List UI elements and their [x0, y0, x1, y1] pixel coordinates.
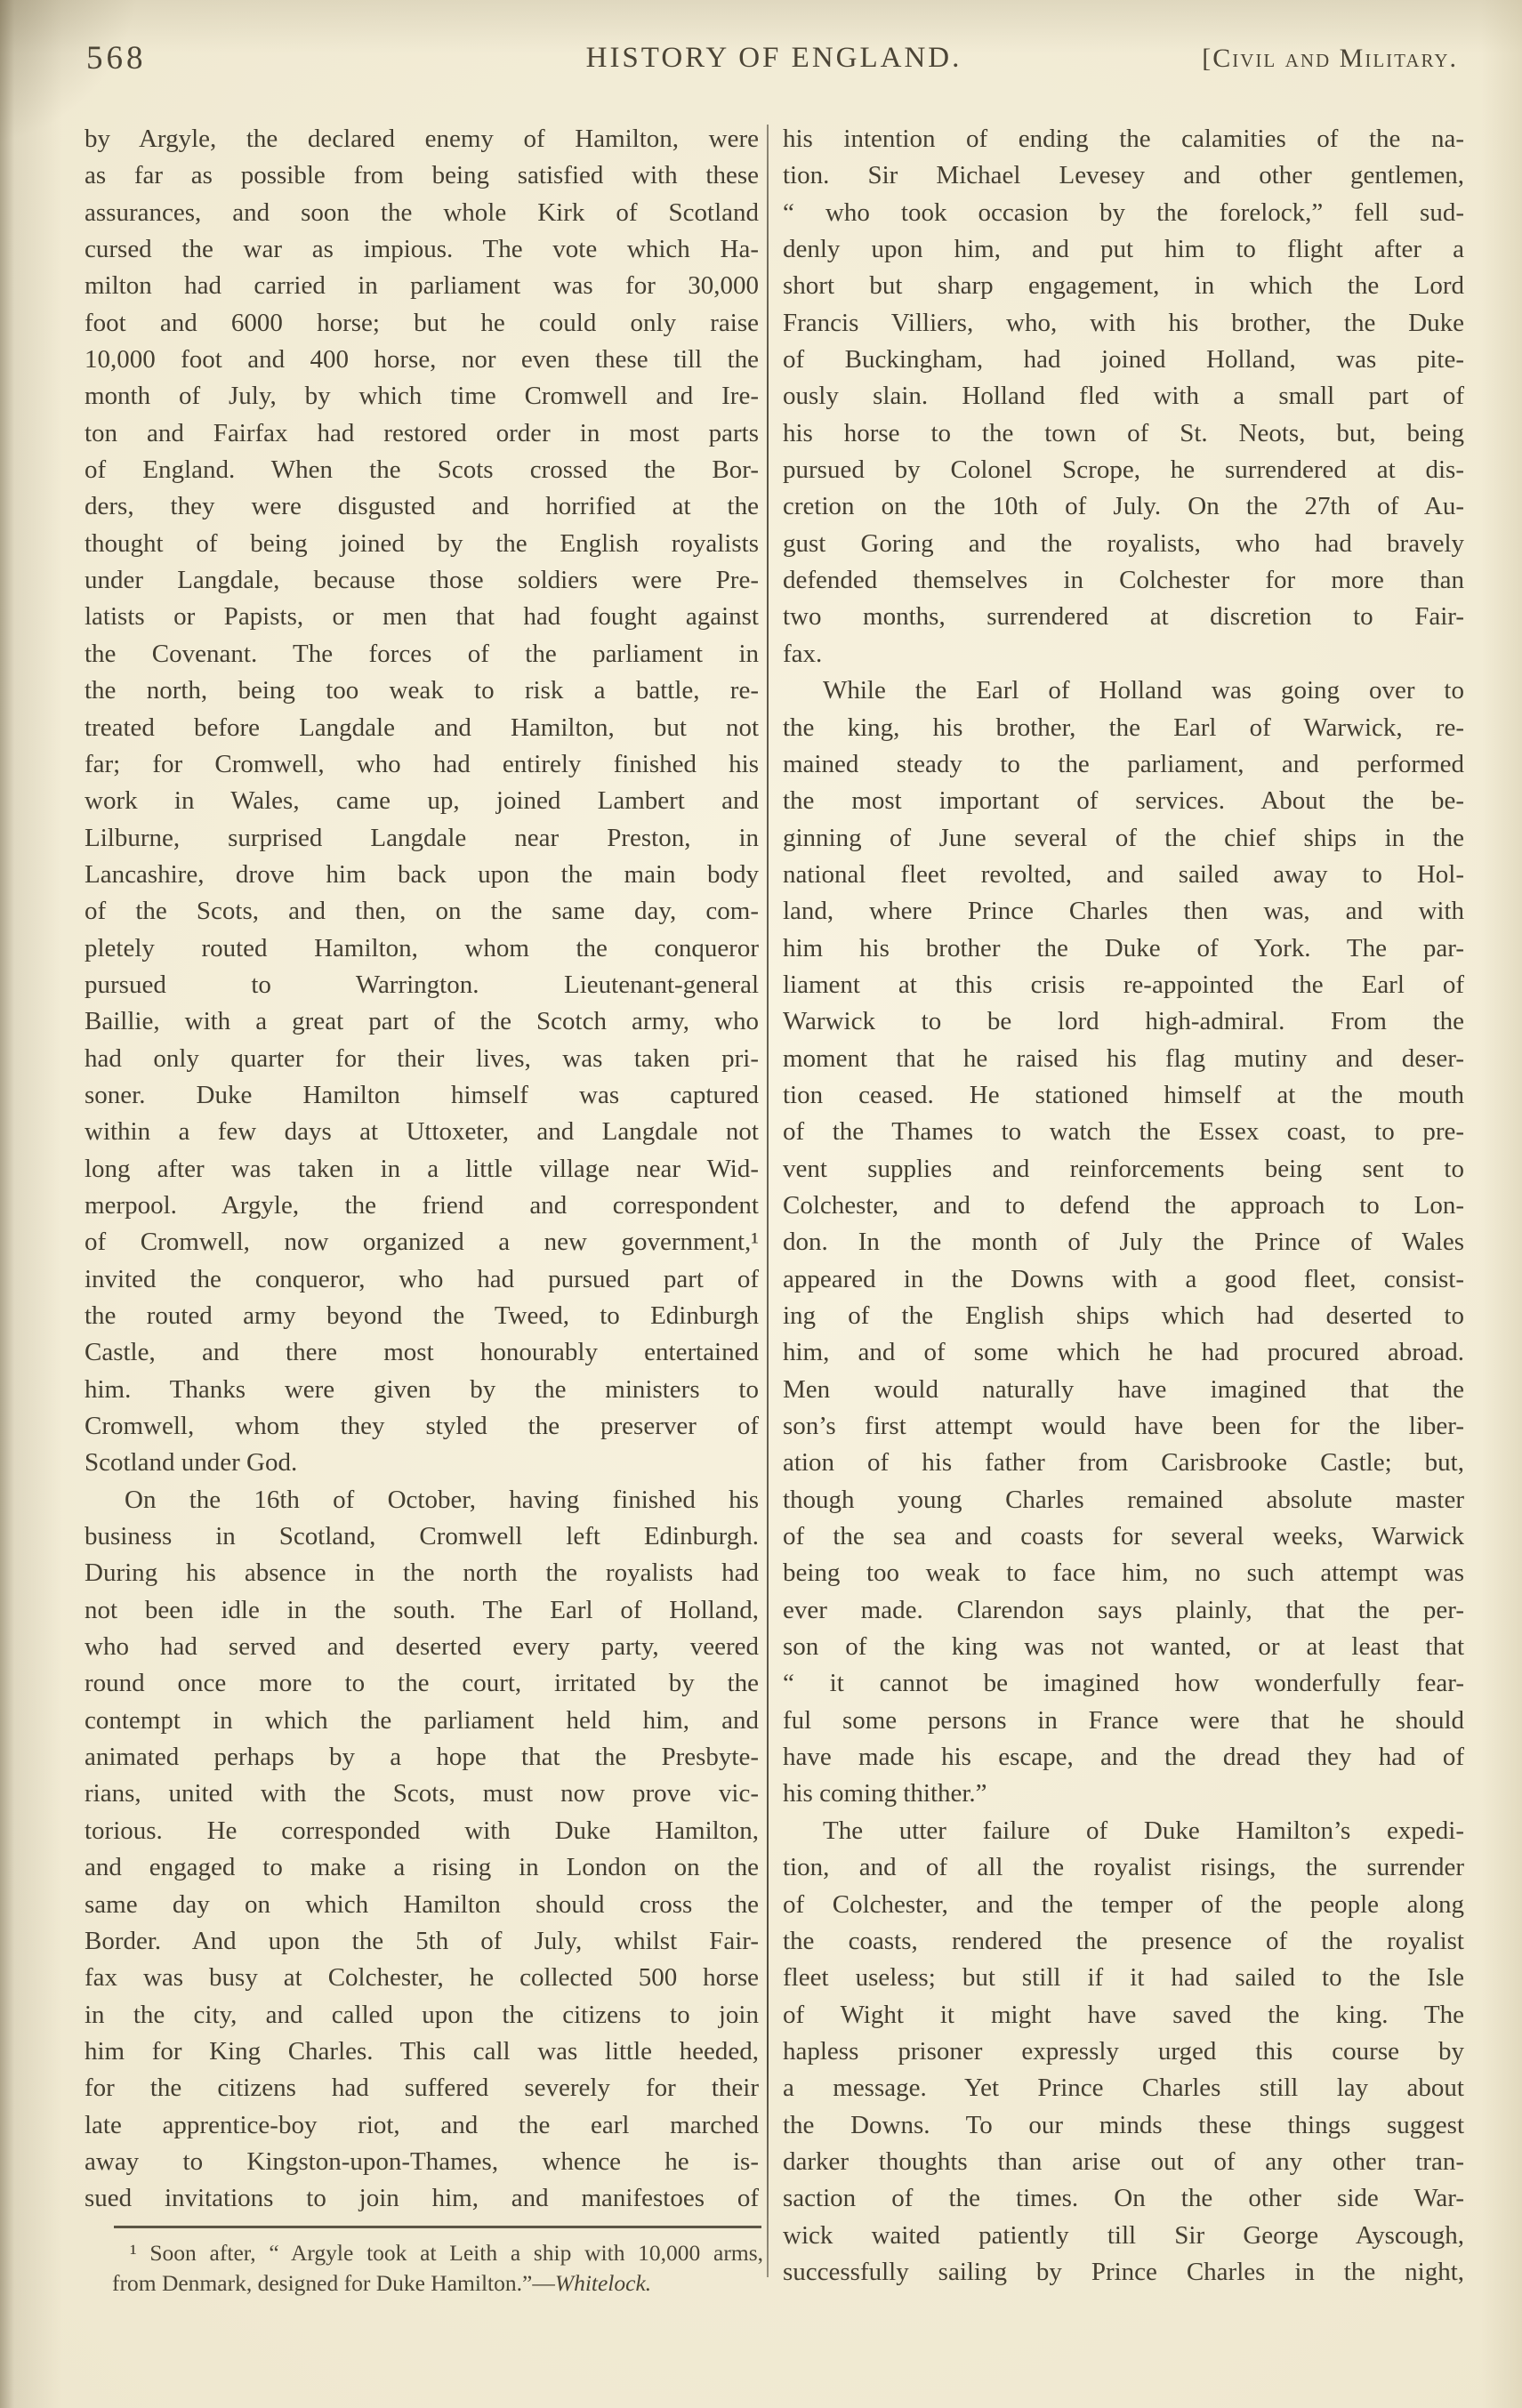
text-line: animated perhaps by a hope that the Pres…	[85, 1739, 759, 1776]
text-line: under Langdale, because those soldiers w…	[85, 562, 759, 599]
text-line: the Downs. To our minds these things sug…	[783, 2107, 1464, 2144]
text-line: Cromwell, whom they styled the preserver…	[85, 1408, 759, 1445]
text-line: who had served and deserted every party,…	[85, 1629, 759, 1665]
text-line: contempt in which the parliament held hi…	[85, 1703, 759, 1739]
text-line: sued invitations to join him, and manife…	[85, 2180, 759, 2217]
text-line: a message. Yet Prince Charles still lay …	[783, 2070, 1464, 2106]
text-line: The utter failure of Duke Hamilton’s exp…	[783, 1813, 1464, 1849]
text-line: ton and Fairfax had restored order in mo…	[85, 415, 759, 452]
text-line: treated before Langdale and Hamilton, bu…	[85, 710, 759, 746]
text-line: “ who took occasion by the forelock,” fe…	[783, 195, 1464, 231]
text-line: “ it cannot be imagined how wonderfully …	[783, 1665, 1464, 1702]
text-line: month of July, by which time Cromwell an…	[85, 378, 759, 415]
section-header: [Civil and Military.	[1202, 44, 1458, 74]
text-line: ation of his father from Carisbrooke Cas…	[783, 1445, 1464, 1481]
text-line: him for King Charles. This call was litt…	[85, 2034, 759, 2070]
text-line: thought of being joined by the English r…	[85, 526, 759, 562]
text-line: his intention of ending the calamities o…	[783, 121, 1464, 157]
text-line: rians, united with the Scots, must now p…	[85, 1776, 759, 1812]
text-line: the most important of services. About th…	[783, 783, 1464, 819]
text-line: two months, surrendered at discretion to…	[783, 599, 1464, 635]
paragraph: While the Earl of Holland was going over…	[783, 672, 1464, 1813]
text-line: saction of the times. On the other side …	[783, 2180, 1464, 2217]
text-line: successfully sailing by Prince Charles i…	[783, 2254, 1464, 2291]
text-line: not been idle in the south. The Earl of …	[85, 1592, 759, 1629]
text-line: of the Thames to watch the Essex coast, …	[783, 1114, 1464, 1150]
text-line: tion, and of all the royalist risings, t…	[783, 1849, 1464, 1886]
text-line: of Buckingham, had joined Holland, was p…	[783, 342, 1464, 378]
text-line: soner. Duke Hamilton himself was capture…	[85, 1077, 759, 1114]
text-line: business in Scotland, Cromwell left Edin…	[85, 1518, 759, 1555]
text-line: While the Earl of Holland was going over…	[783, 672, 1464, 709]
text-line: of England. When the Scots crossed the B…	[85, 452, 759, 488]
text-line: tion ceased. He stationed himself at the…	[783, 1077, 1464, 1114]
text-line: work in Wales, came up, joined Lambert a…	[85, 783, 759, 819]
text-line: Border. And upon the 5th of July, whilst…	[85, 1923, 759, 1960]
text-line: Lilburne, surprised Langdale near Presto…	[85, 820, 759, 857]
text-line: ful some persons in France were that he …	[783, 1703, 1464, 1739]
text-line: son of the king was not wanted, or at le…	[783, 1629, 1464, 1665]
text-line: hapless prisoner expressly urged this co…	[783, 2034, 1464, 2070]
text-line: same day on which Hamilton should cross …	[85, 1887, 759, 1923]
text-line: pursued to Warrington. Lieutenant-genera…	[85, 967, 759, 1003]
text-line: pletely routed Hamilton, whom the conque…	[85, 930, 759, 967]
text-line: long after was taken in a little village…	[85, 1151, 759, 1188]
text-line: During his absence in the north the roya…	[85, 1555, 759, 1591]
paragraph: The utter failure of Duke Hamilton’s exp…	[783, 1813, 1464, 2291]
text-line: invited the conqueror, who had pursued p…	[85, 1261, 759, 1298]
paragraph: On the 16th of October, having finished …	[85, 1482, 759, 2218]
text-line: of Cromwell, now organized a new governm…	[85, 1224, 759, 1260]
text-line: ever made. Clarendon says plainly, that …	[783, 1592, 1464, 1629]
text-line: son’s first attempt would have been for …	[783, 1408, 1464, 1445]
text-line: the king, his brother, the Earl of Warwi…	[783, 710, 1464, 746]
text-line: ing of the English ships which had deser…	[783, 1298, 1464, 1334]
text-line: Warwick to be lord high-admiral. From th…	[783, 1003, 1464, 1040]
paragraph: by Argyle, the declared enemy of Hamilto…	[85, 121, 759, 1482]
text-line: national fleet revolted, and sailed away…	[783, 857, 1464, 893]
footnote-text: from Denmark, designed for Duke Hamilton…	[112, 2270, 555, 2296]
text-line: the coasts, rendered the presence of the…	[783, 1923, 1464, 1960]
text-line: tion. Sir Michael Levesey and other gent…	[783, 157, 1464, 194]
text-line: appeared in the Downs with a good fleet,…	[783, 1261, 1464, 1298]
text-line: torious. He corresponded with Duke Hamil…	[85, 1813, 759, 1849]
text-line: the routed army beyond the Tweed, to Edi…	[85, 1298, 759, 1334]
text-line: Baillie, with a great part of the Scotch…	[85, 1003, 759, 1040]
text-line: late apprentice-boy riot, and the earl m…	[85, 2107, 759, 2144]
text-line: have made his escape, and the dread they…	[783, 1739, 1464, 1776]
text-line: by Argyle, the declared enemy of Hamilto…	[85, 121, 759, 157]
text-line: for the citizens had suffered severely f…	[85, 2070, 759, 2106]
text-line: wick waited patiently till Sir George Ay…	[783, 2218, 1464, 2254]
text-line: though young Charles remained absolute m…	[783, 1482, 1464, 1518]
text-line: far; for Cromwell, who had entirely fini…	[85, 746, 759, 783]
column-divider	[767, 125, 769, 2277]
text-line: had only quarter for their lives, was ta…	[85, 1041, 759, 1077]
book-page: { "page": { "number": "568", "title": "H…	[0, 0, 1522, 2408]
footnote-line: ¹ Soon after, “ Argyle took at Leith a s…	[112, 2238, 763, 2268]
text-line: moment that he raised his flag mutiny an…	[783, 1041, 1464, 1077]
text-line: don. In the month of July the Prince of …	[783, 1224, 1464, 1260]
text-line: ously slain. Holland fled with a small p…	[783, 378, 1464, 415]
text-line: of the sea and coasts for several weeks,…	[783, 1518, 1464, 1555]
text-line: Francis Villiers, who, with his brother,…	[783, 305, 1464, 342]
text-line: Castle, and there most honourably entert…	[85, 1334, 759, 1371]
text-line: ders, they were disgusted and horrified …	[85, 488, 759, 525]
text-line: and engaged to make a rising in London o…	[85, 1849, 759, 1886]
paragraph: his intention of ending the calamities o…	[783, 121, 1464, 672]
text-line: cretion on the 10th of July. On the 27th…	[783, 488, 1464, 525]
text-line: his coming thither.”	[783, 1776, 1464, 1812]
text-line: him, and of some which he had procured a…	[783, 1334, 1464, 1371]
text-line: denly upon him, and put him to flight af…	[783, 231, 1464, 268]
text-line: On the 16th of October, having finished …	[85, 1482, 759, 1518]
text-line: pursued by Colonel Scrope, he surrendere…	[783, 452, 1464, 488]
footnote-separator	[114, 2226, 761, 2228]
text-line: of Wight it might have saved the king. T…	[783, 1997, 1464, 2034]
text-line: cursed the war as impious. The vote whic…	[85, 231, 759, 268]
text-line: defended themselves in Colchester for mo…	[783, 562, 1464, 599]
text-line: Lancashire, drove him back upon the main…	[85, 857, 759, 893]
text-line: darker thoughts than arise out of any ot…	[783, 2144, 1464, 2180]
text-line: of the Scots, and then, on the same day,…	[85, 893, 759, 930]
text-line: fax.	[783, 636, 1464, 672]
text-line: within a few days at Uttoxeter, and Lang…	[85, 1114, 759, 1150]
text-line: foot and 6000 horse; but he could only r…	[85, 305, 759, 342]
text-line: him his brother the Duke of York. The pa…	[783, 930, 1464, 967]
text-line: the north, being too weak to risk a batt…	[85, 672, 759, 709]
text-line: as far as possible from being satisfied …	[85, 157, 759, 194]
text-line: Men would naturally have imagined that t…	[783, 1372, 1464, 1408]
text-line: Colchester, and to defend the approach t…	[783, 1188, 1464, 1224]
text-line: latists or Papists, or men that had foug…	[85, 599, 759, 635]
right-column: his intention of ending the calamities o…	[783, 121, 1464, 2291]
text-line: gust Goring and the royalists, who had b…	[783, 526, 1464, 562]
text-line: him. Thanks were given by the ministers …	[85, 1372, 759, 1408]
text-line: mained steady to the parliament, and per…	[783, 746, 1464, 783]
text-line: fax was busy at Colchester, he collected…	[85, 1960, 759, 1996]
footnote: ¹ Soon after, “ Argyle took at Leith a s…	[112, 2238, 763, 2299]
text-line: of Colchester, and the temper of the peo…	[783, 1887, 1464, 1923]
text-line: the Covenant. The forces of the parliame…	[85, 636, 759, 672]
text-line: being too weak to face him, no such atte…	[783, 1555, 1464, 1591]
text-line: land, where Prince Charles then was, and…	[783, 893, 1464, 930]
text-line: short but sharp engagement, in which the…	[783, 268, 1464, 304]
text-line: 10,000 foot and 400 horse, nor even thes…	[85, 342, 759, 378]
text-line: Scotland under God.	[85, 1445, 759, 1481]
text-line: ginning of June several of the chief shi…	[783, 820, 1464, 857]
footnote-line: from Denmark, designed for Duke Hamilton…	[112, 2268, 763, 2299]
left-column: by Argyle, the declared enemy of Hamilto…	[85, 121, 759, 2218]
text-line: fleet useless; but still if it had saile…	[783, 1960, 1464, 1996]
text-line: away to Kingston-upon-Thames, whence he …	[85, 2144, 759, 2180]
text-line: his horse to the town of St. Neots, but,…	[783, 415, 1464, 452]
text-line: assurances, and soon the whole Kirk of S…	[85, 195, 759, 231]
text-line: round once more to the court, irritated …	[85, 1665, 759, 1702]
text-line: merpool. Argyle, the friend and correspo…	[85, 1188, 759, 1224]
text-line: milton had carried in parliament was for…	[85, 268, 759, 304]
text-line: liament at this crisis re-appointed the …	[783, 967, 1464, 1003]
text-line: in the city, and called upon the citizen…	[85, 1997, 759, 2034]
footnote-source: Whitelock.	[555, 2270, 651, 2296]
text-line: vent supplies and reinforcements being s…	[783, 1151, 1464, 1188]
